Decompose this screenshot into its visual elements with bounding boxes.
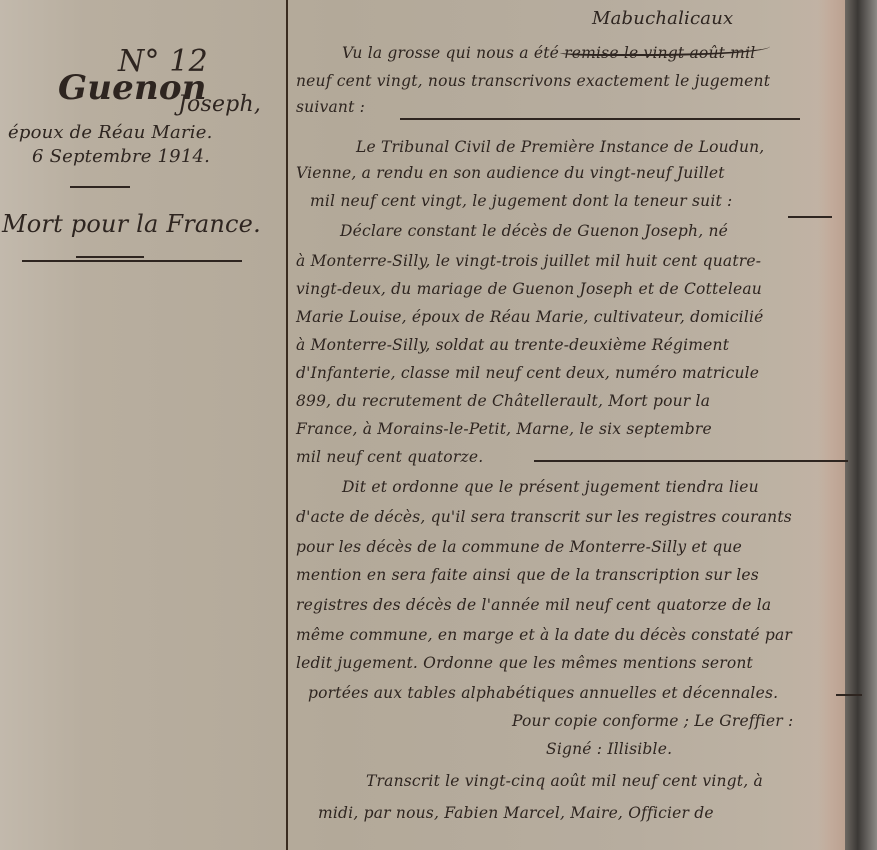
book-shadow — [845, 0, 877, 850]
body-line: France, à Morains-le-Petit, Marne, le si… — [296, 420, 712, 438]
body-line: Marie Louise, époux de Réau Marie, culti… — [296, 308, 764, 326]
margin-divider — [286, 0, 288, 850]
body-line: Déclare constant le décès de Guenon Jose… — [340, 222, 728, 240]
body-line: 899, du recrutement de Châtellerault, Mo… — [296, 392, 710, 410]
death-date: 6 Septembre 1914. — [32, 146, 210, 167]
body-line: pour les décès de la commune de Monterre… — [296, 538, 742, 556]
given-name: Joseph, — [178, 92, 261, 117]
spouse: époux de Réau Marie. — [8, 122, 213, 143]
short-rule — [70, 186, 130, 188]
body-line: midi, par nous, Fabien Marcel, Maire, Of… — [318, 804, 714, 822]
body-line: vingt-deux, du mariage de Guenon Joseph … — [296, 280, 762, 298]
body-line: Le Tribunal Civil de Première Instance d… — [356, 138, 764, 156]
signed-illegible: Signé : Illisible. — [546, 740, 672, 758]
body-line: neuf cent vingt, nous transcrivons exact… — [296, 72, 770, 90]
rule — [400, 118, 800, 120]
body-line: Dit et ordonne que le présent jugement t… — [342, 478, 759, 496]
rule — [788, 216, 832, 218]
body-line: ledit jugement. Ordonne que les mêmes me… — [296, 654, 753, 672]
body-line: d'Infanterie, classe mil neuf cent deux,… — [296, 364, 759, 382]
margin-rule-accent — [76, 256, 144, 258]
body-line: Vu la grosse qui nous a été remise le vi… — [342, 44, 755, 62]
rule — [836, 694, 862, 696]
body-line: mil neuf cent vingt, le jugement dont la… — [310, 192, 732, 210]
body-line: même commune, en marge et à la date du d… — [296, 626, 792, 644]
body-line: à Monterre-Silly, soldat au trente-deuxi… — [296, 336, 729, 354]
greffier-line: Pour copie conforme ; Le Greffier : — [512, 712, 793, 730]
body-line: d'acte de décès, qu'il sera transcrit su… — [296, 508, 792, 526]
margin-rule — [22, 260, 242, 262]
signature-top: Mabuchalicaux — [592, 8, 733, 29]
body-line: Transcrit le vingt-cinq août mil neuf ce… — [366, 772, 763, 790]
body-line: à Monterre-Silly, le vingt-trois juillet… — [296, 252, 761, 270]
rule — [534, 460, 848, 462]
mort-pour-la-france: Mort pour la France. — [2, 210, 261, 238]
body-line: portées aux tables alphabétiques annuell… — [308, 684, 778, 702]
body-line: mention en sera faite ainsi que de la tr… — [296, 566, 759, 584]
body-line: registres des décès de l'année mil neuf … — [296, 596, 771, 614]
body-line: mil neuf cent quatorze. — [296, 448, 483, 466]
body-line: Vienne, a rendu en son audience du vingt… — [296, 164, 725, 182]
body-line: suivant : — [296, 98, 365, 116]
